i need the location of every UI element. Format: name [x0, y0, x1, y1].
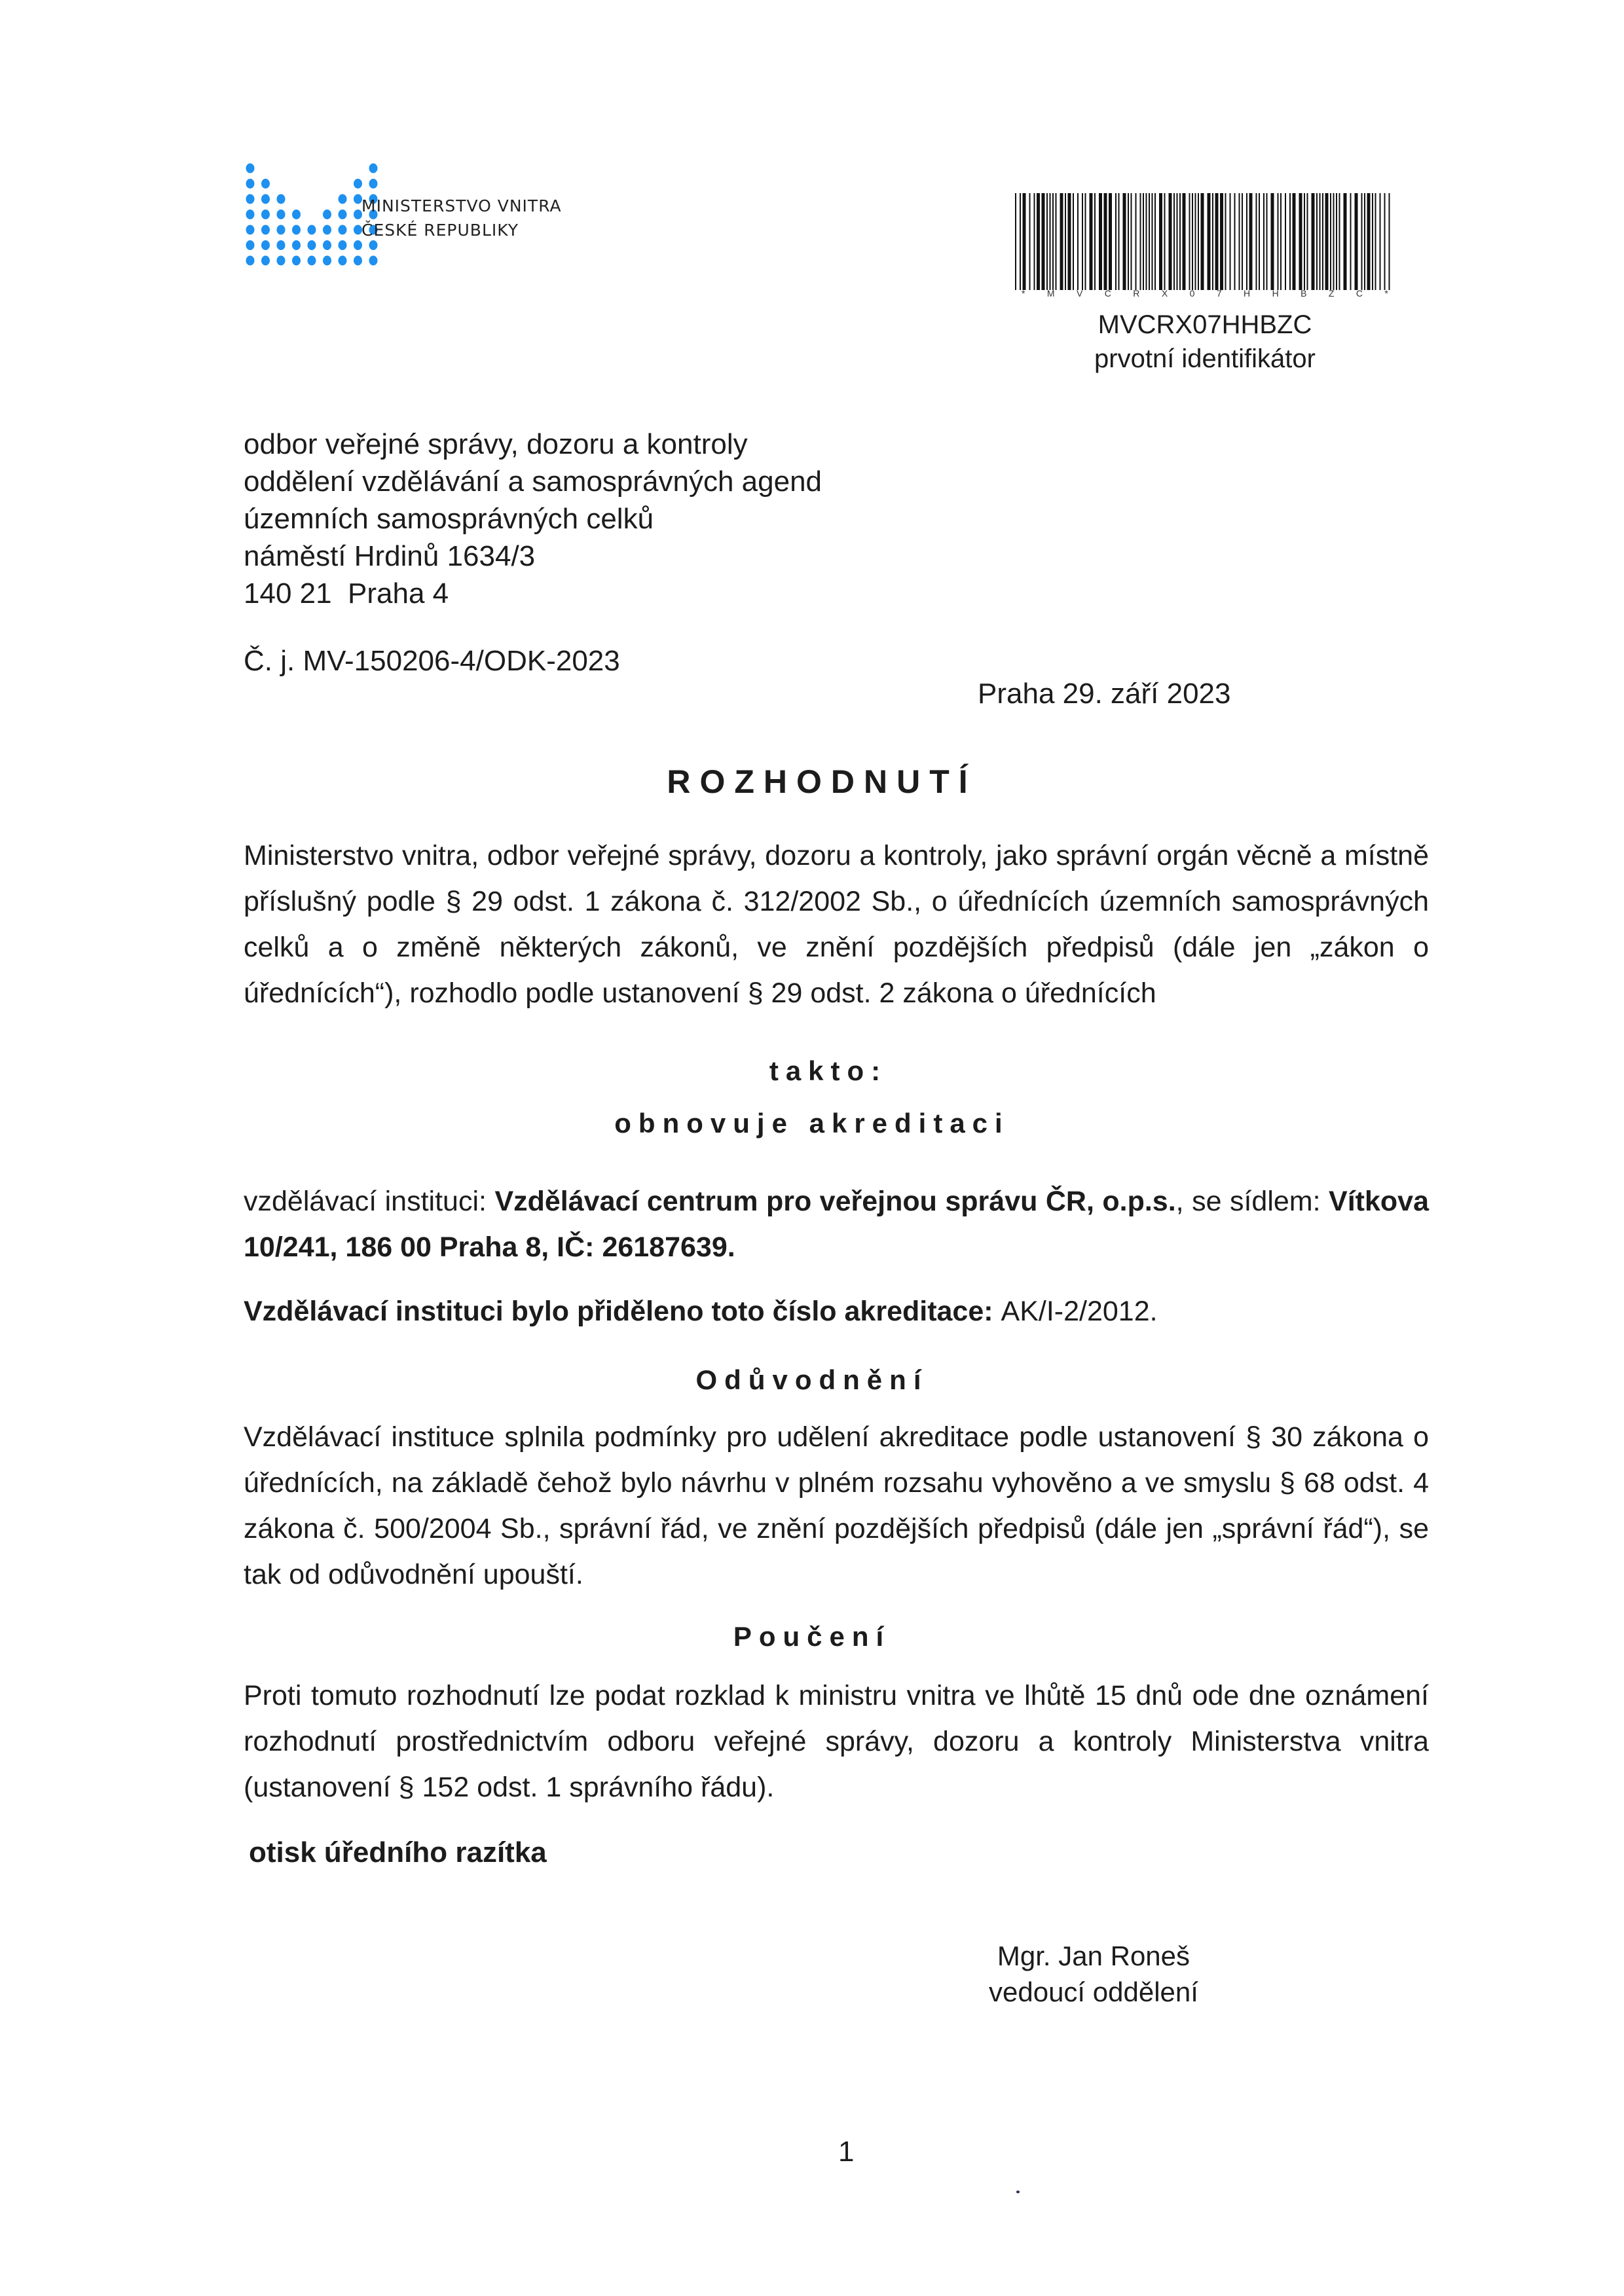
identifier-label: prvotní identifikátor [1008, 342, 1401, 376]
barcode-char: 0 [1190, 288, 1195, 299]
institution-seat-label: , se sídlem: [1176, 1186, 1329, 1217]
page-number: 1 [838, 2136, 854, 2168]
address-line: odbor veřejné správy, dozoru a kontroly [244, 426, 822, 463]
stamp-note: otisk úředního razítka [249, 1836, 547, 1869]
ministry-name-line2: ČESKÉ REPUBLIKY [361, 218, 562, 242]
document-identifier: MVCRX07HHBZC prvotní identifikátor [1008, 308, 1401, 376]
institution-ico-label: , IČ: [541, 1231, 602, 1263]
takto-heading: takto: [0, 1055, 1624, 1087]
institution-paragraph: vzdělávací instituci: Vzdělávací centrum… [244, 1178, 1429, 1270]
signatory-role: vedoucí oddělení [989, 1974, 1198, 2010]
barcode-char: C [1356, 288, 1363, 299]
ministry-name-line1: MINISTERSTVO VNITRA [361, 194, 562, 218]
verdict-heading: obnovuje akreditaci [0, 1108, 1624, 1139]
address-line: oddělení vzdělávání a samosprávných agen… [244, 463, 822, 500]
address-line: 140 21 Praha 4 [244, 575, 822, 612]
barcode-char: Z [1329, 288, 1335, 299]
address-line: náměstí Hrdinů 1634/3 [244, 538, 822, 575]
barcode-characters: *MVCRX07HHBZC* [1022, 288, 1388, 299]
barcode-char: B [1301, 288, 1306, 299]
signature-block: Mgr. Jan Roneš vedoucí oddělení [989, 1938, 1198, 2010]
instruction-heading: Poučení [0, 1621, 1624, 1652]
barcode-char: V [1077, 288, 1082, 299]
justification-paragraph: Vzdělávací instituce splnila podmínky pr… [244, 1414, 1429, 1597]
scan-speck [1016, 2191, 1020, 2193]
address-line: územních samosprávných celků [244, 500, 822, 538]
institution-name: Vzdělávací centrum pro veřejnou správu Č… [494, 1186, 1175, 1217]
accreditation-paragraph: Vzdělávací instituci bylo přiděleno toto… [244, 1288, 1429, 1334]
justification-heading: Odůvodnění [0, 1364, 1624, 1396]
ministry-name: MINISTERSTVO VNITRA ČESKÉ REPUBLIKY [361, 194, 562, 242]
barcode-char: * [1022, 288, 1025, 299]
barcode-char: R [1133, 288, 1139, 299]
instruction-paragraph: Proti tomuto rozhodnutí lze podat rozkla… [244, 1673, 1429, 1810]
barcode-char: X [1162, 288, 1168, 299]
institution-prefix: vzdělávací instituci: [244, 1186, 494, 1217]
identifier-code: MVCRX07HHBZC [1008, 308, 1401, 342]
intro-paragraph: Ministerstvo vnitra, odbor veřejné správ… [244, 833, 1429, 1016]
accreditation-number: AK/I-2/2012. [1001, 1296, 1158, 1327]
sender-address: odbor veřejné správy, dozoru a kontroly … [244, 426, 822, 612]
reference-number: Č. j. MV-150206-4/ODK-2023 [244, 645, 620, 678]
ministry-logo-icon [244, 156, 381, 267]
barcode-icon [1014, 193, 1393, 290]
barcode-char: H [1244, 288, 1250, 299]
document-date: Praha 29. září 2023 [978, 678, 1230, 710]
barcode-char: * [1384, 288, 1388, 299]
institution-ico: 26187639. [602, 1231, 735, 1263]
barcode-char: H [1272, 288, 1279, 299]
document-title: ROZHODNUTÍ [0, 763, 1624, 801]
barcode-char: C [1105, 288, 1111, 299]
signatory-name: Mgr. Jan Roneš [989, 1938, 1198, 1974]
accreditation-text: Vzdělávací instituci bylo přiděleno toto… [244, 1296, 1001, 1327]
barcode-char: M [1047, 288, 1055, 299]
barcode-char: 7 [1217, 288, 1222, 299]
